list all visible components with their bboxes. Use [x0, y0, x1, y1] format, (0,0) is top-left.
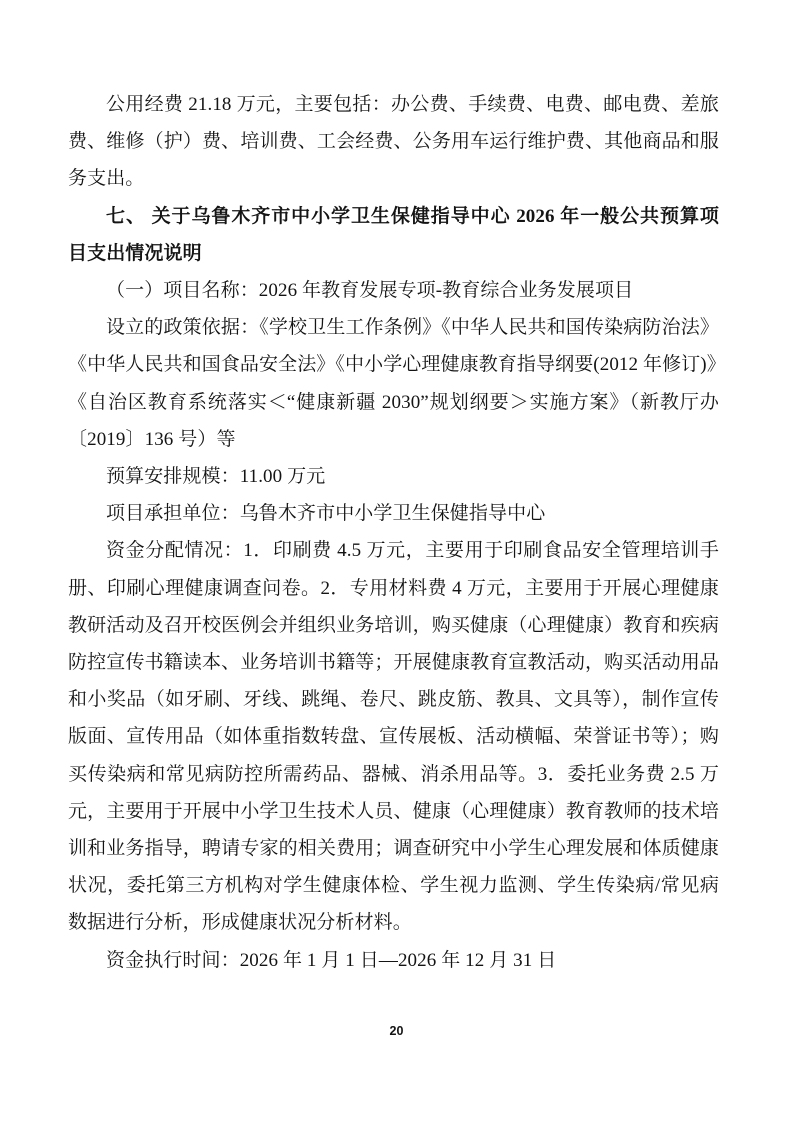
text-line: 预算安排规模：11.00 万元 [68, 458, 719, 495]
text-line: 费、维修（护）费、培训费、工会经费、公务用车运行维护费、其他商品和服 [68, 123, 719, 160]
text-line: 资金执行时间：2026 年 1 月 1 日—2026 年 12 月 31 日 [68, 942, 719, 979]
text-line: 买传染病和常见病防控所需药品、器械、消杀用品等。3．委托业务费 2.5 万 [68, 756, 719, 793]
paragraph-budget-scale: 预算安排规模：11.00 万元 [68, 458, 719, 495]
text-line: 训和业务指导，聘请专家的相关费用；调查研究中小学生心理发展和体质健康 [68, 830, 719, 867]
text-line: 〔2019〕136 号）等 [68, 421, 719, 458]
document-content: 公用经费 21.18 万元，主要包括：办公费、手续费、电费、邮电费、差旅费、维修… [68, 86, 719, 979]
paragraph-fund-allocation: 资金分配情况：1．印刷费 4.5 万元，主要用于印刷食品安全管理培训手册、印刷心… [68, 532, 719, 941]
page-number: 20 [390, 1024, 404, 1038]
text-line: 七、 关于乌鲁木齐市中小学卫生保健指导中心 2026 年一般公共预算项 [68, 198, 719, 235]
text-line: 目支出情况说明 [68, 235, 719, 272]
document-page: 公用经费 21.18 万元，主要包括：办公费、手续费、电费、邮电费、差旅费、维修… [0, 0, 793, 1122]
text-line: 《中华人民共和国食品安全法》《中小学心理健康教育指导纲要(2012 年修订)》 [68, 346, 719, 383]
paragraph-section-heading: 七、 关于乌鲁木齐市中小学卫生保健指导中心 2026 年一般公共预算项目支出情况… [68, 198, 719, 272]
text-line: 公用经费 21.18 万元，主要包括：办公费、手续费、电费、邮电费、差旅 [68, 86, 719, 123]
text-line: 数据进行分析，形成健康状况分析材料。 [68, 904, 719, 941]
text-line: 防控宣传书籍读本、业务培训书籍等；开展健康教育宣教活动，购买活动用品 [68, 644, 719, 681]
paragraph-execution-time: 资金执行时间：2026 年 1 月 1 日—2026 年 12 月 31 日 [68, 942, 719, 979]
text-line: 册、印刷心理健康调查问卷。2．专用材料费 4 万元，主要用于开展心理健康 [68, 570, 719, 607]
paragraph-policy-basis: 设立的政策依据：《学校卫生工作条例》《中华人民共和国传染病防治法》《中华人民共和… [68, 309, 719, 458]
paragraph-project-name: （一）项目名称：2026 年教育发展专项-教育综合业务发展项目 [68, 272, 719, 309]
text-line: 版面、宣传用品（如体重指数转盘、宣传展板、活动横幅、荣誉证书等）；购 [68, 718, 719, 755]
paragraph-public-funds: 公用经费 21.18 万元，主要包括：办公费、手续费、电费、邮电费、差旅费、维修… [68, 86, 719, 198]
text-line: 元，主要用于开展中小学卫生技术人员、健康（心理健康）教育教师的技术培 [68, 793, 719, 830]
text-line: 设立的政策依据：《学校卫生工作条例》《中华人民共和国传染病防治法》 [68, 309, 719, 346]
text-line: 教研活动及召开校医例会并组织业务培训，购买健康（心理健康）教育和疾病 [68, 607, 719, 644]
text-line: 项目承担单位：乌鲁木齐市中小学卫生保健指导中心 [68, 495, 719, 532]
paragraph-undertaking-unit: 项目承担单位：乌鲁木齐市中小学卫生保健指导中心 [68, 495, 719, 532]
page-footer: 20 [0, 1022, 793, 1040]
text-line: 状况，委托第三方机构对学生健康体检、学生视力监测、学生传染病/常见病 [68, 867, 719, 904]
text-line: 《自治区教育系统落实＜“健康新疆 2030”规划纲要＞实施方案》（新教厅办 [68, 384, 719, 421]
text-line: 资金分配情况：1．印刷费 4.5 万元，主要用于印刷食品安全管理培训手 [68, 532, 719, 569]
text-line: （一）项目名称：2026 年教育发展专项-教育综合业务发展项目 [68, 272, 719, 309]
text-line: 务支出。 [68, 160, 719, 197]
text-line: 和小奖品（如牙刷、牙线、跳绳、卷尺、跳皮筋、教具、文具等），制作宣传 [68, 681, 719, 718]
